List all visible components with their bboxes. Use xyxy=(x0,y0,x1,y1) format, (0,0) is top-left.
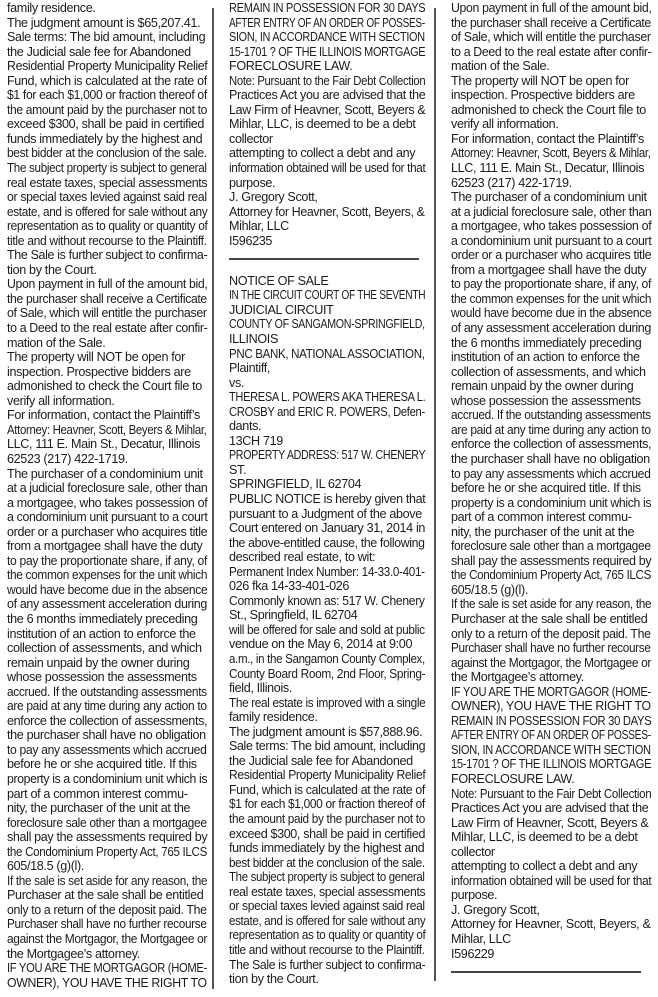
text-line: SION, IN ACCORDANCE WITH SECTION xyxy=(229,30,402,45)
text-line: pursuant to a Judgment of the above xyxy=(229,507,429,522)
text-line: of Sale, which will entitle the purchase… xyxy=(7,306,209,321)
text-line: whose possession the assessments xyxy=(7,670,212,685)
text-line: JUDICIAL CIRCUIT xyxy=(229,303,429,318)
text-line: to pay the proportionate share, if any, … xyxy=(451,277,649,292)
text-line: 15-1701 ? OF THE ILLINOIS MORTGAGE xyxy=(451,757,632,772)
text-line: IN THE CIRCUIT COURT OF THE SEVENTH xyxy=(229,288,390,303)
text-line: 026 fka 14-33-401-026 xyxy=(229,579,429,594)
text-line: from a mortgagee shall have the duty xyxy=(451,263,656,278)
text-line: Fund, which is calculated at the rate of xyxy=(7,74,211,89)
text-line: would have become due in the absence xyxy=(7,583,203,598)
text-line: vendue on the May 6, 2014 at 9:00 xyxy=(229,637,429,652)
text-line: exceed $300, shall be paid in certified xyxy=(7,117,212,132)
text-line: ST. xyxy=(229,463,429,478)
column-2: REMAIN IN POSSESSION FOR 30 DAYSAFTER EN… xyxy=(229,0,429,987)
text-line: For information, contact the Plaintiff’s xyxy=(7,408,212,423)
text-line: dants. xyxy=(229,419,429,434)
text-line: J. Gregory Scott, xyxy=(451,903,656,918)
text-line: a condominium unit pursuant to a court xyxy=(7,510,208,525)
text-line: tion by the Court. xyxy=(229,972,429,987)
text-line: PNC BANK, NATIONAL ASSOCIATION, xyxy=(229,347,412,362)
text-line: Purchaser at the sale shall be entitled xyxy=(451,612,656,627)
text-line: tion by the Court. xyxy=(7,263,212,278)
text-line: Purchaser at the sale shall be entitled xyxy=(7,888,212,903)
text-line: verify all information. xyxy=(451,117,656,132)
text-line: described real estate, to wit: xyxy=(229,550,429,565)
text-line: attempting to collect a debt and any xyxy=(229,146,429,161)
text-line: SION, IN ACCORDANCE WITH SECTION xyxy=(451,743,632,758)
notice-continuation-text: family residence.The judgment amount is … xyxy=(7,0,212,990)
text-line: purpose. xyxy=(451,888,656,903)
text-line: mation of the Sale. xyxy=(7,336,212,351)
text-line: estate, and is offered for sale without … xyxy=(7,205,199,220)
text-line: are paid at any time during any action t… xyxy=(7,699,202,714)
text-line: accrued. If the outstanding assessments xyxy=(451,408,644,423)
text-line: exceed $300, shall be paid in certified xyxy=(229,827,428,842)
text-line: purpose. xyxy=(229,176,429,191)
text-line: foreclosure sale other than a mortgagee xyxy=(7,816,202,831)
text-line: the Judicial sale fee for Abandoned xyxy=(7,45,212,60)
notice-separator-rule xyxy=(229,258,419,260)
text-line: the Mortgagee’s attorney. xyxy=(451,670,656,685)
text-line: Residential Property Municipality Relief xyxy=(7,59,208,74)
text-line: of any assessment acceleration during xyxy=(7,597,210,612)
text-line: IF YOU ARE THE MORTGAGOR (HOME- xyxy=(7,961,189,976)
text-line: County Board Room, 2nd Floor, Spring- xyxy=(229,667,417,682)
text-line: field, Illinois. xyxy=(229,681,429,696)
text-line: a mortgagee, who takes possession of xyxy=(451,219,654,234)
text-line: to a Deed to the real estate after confi… xyxy=(7,321,208,336)
text-line: remain unpaid by the owner during xyxy=(7,656,212,671)
text-line: the Mortgagee’s attorney. xyxy=(7,947,212,962)
text-line: Mihlar, LLC xyxy=(451,932,656,947)
text-line: 15-1701 ? OF THE ILLINOIS MORTGAGE xyxy=(229,45,402,60)
text-line: The purchaser of a condominium unit xyxy=(451,190,656,205)
text-line: AFTER ENTRY OF AN ORDER OF POSSES- xyxy=(451,728,618,743)
text-line: collection of assessments, and which xyxy=(7,641,212,656)
text-line: The Sale is further subject to confirma- xyxy=(229,958,423,973)
text-line: funds immediately by the highest and xyxy=(7,132,212,147)
text-line: order or a purchaser who acquires title xyxy=(451,248,655,263)
text-line: mation of the Sale. xyxy=(451,59,656,74)
text-line: the Judicial sale fee for Abandoned xyxy=(229,754,429,769)
text-line: OWNER), YOU HAVE THE RIGHT TO xyxy=(7,976,207,991)
text-line: 605/18.5 (g)(l). xyxy=(7,859,212,874)
text-line: Purchaser shall have no further recourse xyxy=(7,917,199,932)
text-line: Plaintiff, xyxy=(229,361,429,376)
text-line: the Condominium Property Act, 765 ILCS xyxy=(451,568,640,583)
text-line: only to a return of the deposit paid. Th… xyxy=(451,627,651,642)
notice-i596235-ending: REMAIN IN POSSESSION FOR 30 DAYSAFTER EN… xyxy=(229,0,429,248)
text-line: best bidder at the conclusion of the sal… xyxy=(229,856,415,871)
notice-end-rule xyxy=(451,971,641,973)
text-line: the above-entitled cause, the following xyxy=(229,536,424,551)
column-1: family residence.The judgment amount is … xyxy=(7,0,212,990)
text-line: If the sale is set aside for any reason,… xyxy=(7,874,199,889)
text-line: FORECLOSURE LAW. xyxy=(451,772,656,787)
text-line: of Sale, which will entitle the purchase… xyxy=(451,30,653,45)
text-line: against the Mortgagor, the Mortgagee or xyxy=(451,656,645,671)
text-line: against the Mortgagor, the Mortgagee or xyxy=(7,932,201,947)
text-line: foreclosure sale other than a mortgagee xyxy=(451,539,646,554)
text-line: enforce the collection of assessments, xyxy=(7,714,212,729)
text-line: inspection. Prospective bidders are xyxy=(7,365,212,380)
text-line: information obtained will be used for th… xyxy=(451,874,645,889)
text-line: I596235 xyxy=(229,234,429,249)
text-line: property is a condominium unit which is xyxy=(451,496,650,511)
text-line: COUNTY OF SANGAMON-SPRINGFIELD, xyxy=(229,317,398,332)
text-line: Practices Act you are advised that the xyxy=(451,801,656,816)
notice-i596229-continuation: Upon payment in full of the amount bid,t… xyxy=(451,0,656,961)
text-line: 62523 (217) 422-1719. xyxy=(451,176,656,191)
text-line: The judgment amount is $57,888.96. xyxy=(229,725,429,740)
text-line: at a judicial foreclosure sale, other th… xyxy=(7,481,208,496)
text-line: property is a condominium unit which is xyxy=(7,772,206,787)
text-line: a condominium unit pursuant to a court xyxy=(451,234,652,249)
text-line: FORECLOSURE LAW. xyxy=(229,59,429,74)
text-line: REMAIN IN POSSESSION FOR 30 DAYS xyxy=(229,1,404,16)
text-line: 13CH 719 xyxy=(229,434,429,449)
text-line: Residential Property Municipality Relief xyxy=(229,768,421,783)
text-line: institution of an action to enforce the xyxy=(451,350,656,365)
text-line: St., Springfield, IL 62704 xyxy=(229,608,429,623)
text-line: LLC, 111 E. Main St., Decatur, Illinois xyxy=(451,161,656,176)
text-line: of any assessment acceleration during xyxy=(451,321,654,336)
text-line: verify all information. xyxy=(7,394,212,409)
text-line: estate, and is offered for sale without … xyxy=(229,914,412,929)
text-line: Law Firm of Heavner, Scott, Beyers & xyxy=(229,103,428,118)
text-line: The Sale is further subject to confirma- xyxy=(7,248,210,263)
text-line: LLC, 111 E. Main St., Decatur, Illinois xyxy=(7,437,212,452)
text-line: title and without recourse to the Plaint… xyxy=(229,943,417,958)
text-line: $1 for each $1,000 or fraction thereof o… xyxy=(229,797,418,812)
text-line: Attorney: Heavner, Scott, Beyers & Mihla… xyxy=(451,146,637,161)
column-divider-1 xyxy=(212,8,214,989)
text-line: Note: Pursuant to the Fair Debt Collecti… xyxy=(229,74,409,89)
text-line: the purchaser shall have no obligation xyxy=(7,728,212,743)
text-line: Practices Act you are advised that the xyxy=(229,88,428,103)
text-line: the 6 months immediately preceding xyxy=(451,336,656,351)
text-line: or special taxes levied against said rea… xyxy=(229,899,420,914)
text-line: attempting to collect a debt and any xyxy=(451,859,656,874)
text-line: THERESA L. POWERS AKA THERESA L. xyxy=(229,390,404,405)
text-line: vs. xyxy=(229,376,429,391)
text-line: Note: Pursuant to the Fair Debt Collecti… xyxy=(451,787,639,802)
text-line: institution of an action to enforce the xyxy=(7,627,212,642)
text-line: I596229 xyxy=(451,947,656,962)
text-line: collection of assessments, and which xyxy=(451,365,656,380)
text-line: The subject property is subject to gener… xyxy=(229,870,410,885)
text-line: inspection. Prospective bidders are xyxy=(451,88,656,103)
text-line: nity, the purchaser of the unit at the xyxy=(451,525,656,540)
text-line: title and without recourse to the Plaint… xyxy=(7,234,204,249)
text-line: J. Gregory Scott, xyxy=(229,190,429,205)
text-line: Attorney for Heavner, Scott, Beyers, & xyxy=(229,205,425,220)
text-line: remain unpaid by the owner during xyxy=(451,379,656,394)
text-line: the purchaser shall receive a Certificat… xyxy=(451,16,649,31)
text-line: family residence. xyxy=(229,710,429,725)
text-line: at a judicial foreclosure sale, other th… xyxy=(451,205,652,220)
text-line: collector xyxy=(451,845,656,860)
text-line: The real estate is improved with a singl… xyxy=(229,696,416,711)
text-line: admonished to check the Court file to xyxy=(7,379,212,394)
text-line: Mihlar, LLC xyxy=(229,219,429,234)
text-line: The subject property is subject to gener… xyxy=(7,161,197,176)
text-line: PROPERTY ADDRESS: 517 W. CHENERY xyxy=(229,448,398,463)
text-line: real estate taxes, special assessments xyxy=(229,885,423,900)
text-line: Commonly known as: 517 W. Chenery xyxy=(229,594,422,609)
text-line: funds immediately by the highest and xyxy=(229,841,429,856)
text-line: representation as to quality or quantity… xyxy=(229,928,414,943)
text-line: are paid at any time during any action t… xyxy=(451,423,646,438)
text-line: REMAIN IN POSSESSION FOR 30 DAYS xyxy=(451,714,634,729)
text-line: the purchaser shall receive a Certificat… xyxy=(7,292,205,307)
text-line: Attorney: Heavner, Scott, Beyers & Mihla… xyxy=(7,423,193,438)
text-line: $1 for each $1,000 or fraction thereof o… xyxy=(7,88,205,103)
text-line: The purchaser of a condominium unit xyxy=(7,467,212,482)
text-line: PUBLIC NOTICE is hereby given that xyxy=(229,492,428,507)
text-line: 62523 (217) 422-1719. xyxy=(7,452,212,467)
text-line: before he or she acquired title. If this xyxy=(7,757,212,772)
text-line: the common expenses for the unit which xyxy=(451,292,644,307)
text-line: a.m., in the Sangamon County Complex, xyxy=(229,652,412,667)
text-line: shall pay the assessments required by xyxy=(451,554,655,569)
text-line: accrued. If the outstanding assessments xyxy=(7,685,200,700)
text-line: Attorney for Heavner, Scott, Beyers, & xyxy=(451,917,656,932)
text-line: the Condominium Property Act, 765 ILCS xyxy=(7,845,196,860)
text-line: Upon payment in full of the amount bid, xyxy=(7,277,207,292)
text-line: Mihlar, LLC, is deemed to be a debt xyxy=(229,117,429,132)
text-line: Permanent Index Number: 14-33.0-401- xyxy=(229,565,415,580)
text-line: to a Deed to the real estate after confi… xyxy=(451,45,652,60)
text-line: collector xyxy=(229,132,429,147)
text-line: Court entered on January 31, 2014 in xyxy=(229,521,429,536)
text-line: the amount paid by the purchaser not to xyxy=(7,103,203,118)
column-3: Upon payment in full of the amount bid,t… xyxy=(451,0,656,987)
text-line: For information, contact the Plaintiff’s xyxy=(451,132,656,147)
text-line: IF YOU ARE THE MORTGAGOR (HOME- xyxy=(451,685,633,700)
text-line: Mihlar, LLC, is deemed to be a debt xyxy=(451,830,656,845)
text-line: SPRINGFIELD, IL 62704 xyxy=(229,477,429,492)
text-line: information obtained will be used for th… xyxy=(229,161,415,176)
text-line: to pay the proportionate share, if any, … xyxy=(7,554,205,569)
text-line: The property will NOT be open for xyxy=(451,74,656,89)
text-line: shall pay the assessments required by xyxy=(7,830,211,845)
text-line: real estate taxes, special assessments xyxy=(7,176,210,191)
notice-of-sale-13ch719: NOTICE OF SALEIN THE CIRCUIT COURT OF TH… xyxy=(229,274,429,987)
text-line: part of a common interest commu- xyxy=(7,787,212,802)
text-line: enforce the collection of assessments, xyxy=(451,437,656,452)
text-line: Purchaser shall have no further recourse xyxy=(451,641,643,656)
text-line: ILLINOIS xyxy=(229,332,429,347)
text-line: order or a purchaser who acquires title xyxy=(7,525,211,540)
text-line: will be offered for sale and sold at pub… xyxy=(229,623,417,638)
text-line: would have become due in the absence xyxy=(451,306,647,321)
text-line: The judgment amount is $65,207.41. xyxy=(7,16,212,31)
text-line: part of a common interest commu- xyxy=(451,510,656,525)
text-line: the 6 months immediately preceding xyxy=(7,612,212,627)
text-line: Upon payment in full of the amount bid, xyxy=(451,1,651,16)
text-line: to pay any assessments which accrued xyxy=(7,743,205,758)
text-line: best bidder at the conclusion of the sal… xyxy=(7,146,201,161)
text-line: admonished to check the Court file to xyxy=(451,103,656,118)
text-line: Fund, which is calculated at the rate of xyxy=(229,783,424,798)
text-line: NOTICE OF SALE xyxy=(229,274,429,289)
text-line: 605/18.5 (g)(l). xyxy=(451,583,656,598)
text-line: Sale terms: The bid amount, including xyxy=(229,739,427,754)
text-line: Law Firm of Heavner, Scott, Beyers & xyxy=(451,816,656,831)
column-divider-2 xyxy=(434,8,436,981)
text-line: a mortgagee, who takes possession of xyxy=(7,496,210,511)
text-line: or special taxes levied against said rea… xyxy=(7,190,207,205)
text-line: only to a return of the deposit paid. Th… xyxy=(7,903,207,918)
text-line: before he or she acquired title. If this xyxy=(451,481,656,496)
text-line: the purchaser shall have no obligation xyxy=(451,452,656,467)
text-line: the amount paid by the purchaser not to xyxy=(229,812,417,827)
text-line: from a mortgagee shall have the duty xyxy=(7,539,212,554)
text-line: family residence. xyxy=(7,1,212,16)
text-line: Sale terms: The bid amount, including xyxy=(7,30,212,45)
text-line: OWNER), YOU HAVE THE RIGHT TO xyxy=(451,699,651,714)
text-line: representation as to quality or quantity… xyxy=(7,219,200,234)
text-line: The property will NOT be open for xyxy=(7,350,212,365)
text-line: to pay any assessments which accrued xyxy=(451,467,649,482)
text-line: AFTER ENTRY OF AN ORDER OF POSSES- xyxy=(229,16,388,31)
text-line: If the sale is set aside for any reason,… xyxy=(451,597,643,612)
text-line: the common expenses for the unit which xyxy=(7,568,200,583)
text-line: whose possession the assessments xyxy=(451,394,656,409)
text-line: nity, the purchaser of the unit at the xyxy=(7,801,212,816)
legal-notices-page: family residence.The judgment amount is … xyxy=(0,0,658,997)
text-line: CROSBY and ERIC R. POWERS, Defen- xyxy=(229,405,407,420)
